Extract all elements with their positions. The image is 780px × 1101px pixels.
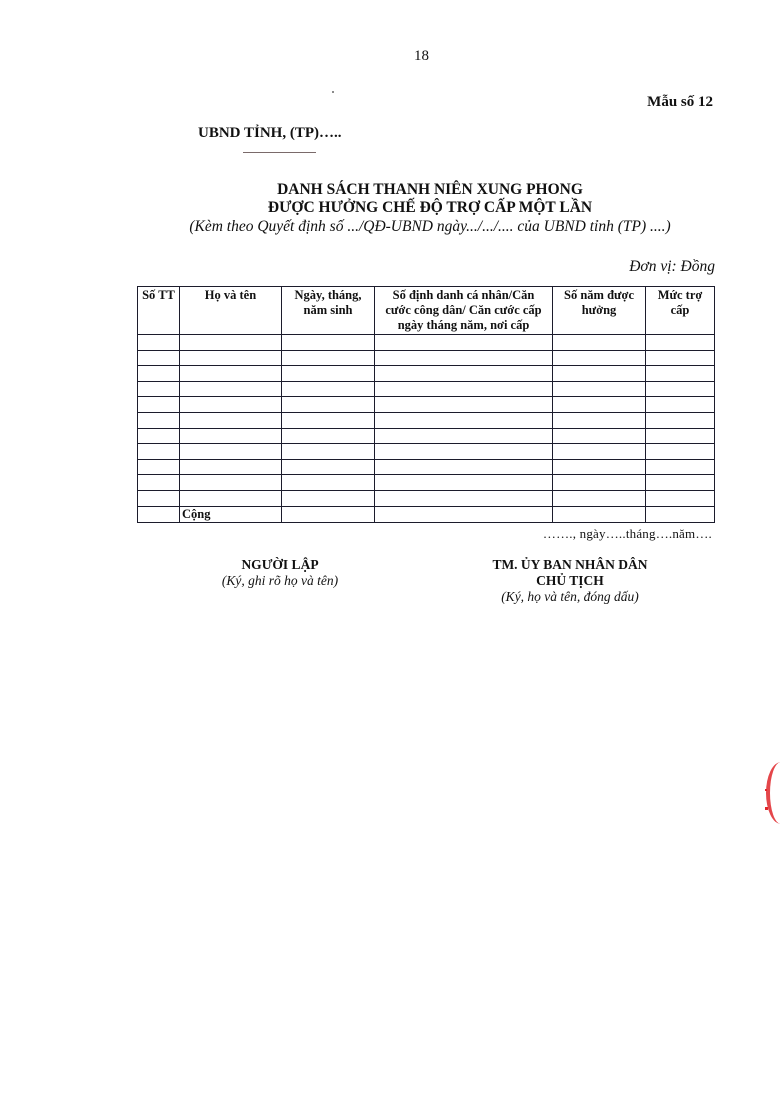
stamp-speck — [765, 789, 767, 791]
table-row — [138, 397, 715, 413]
table-row — [138, 335, 715, 351]
table-cell — [282, 335, 375, 351]
red-stamp-fragment — [766, 762, 780, 824]
table-cell — [646, 506, 715, 522]
total-label: Cộng — [180, 506, 282, 522]
table-cell — [282, 381, 375, 397]
table-row — [138, 412, 715, 428]
table-cell — [180, 335, 282, 351]
table-cell — [375, 459, 553, 475]
table-row — [138, 459, 715, 475]
table-cell — [282, 428, 375, 444]
table-cell — [646, 490, 715, 506]
table-cell — [282, 350, 375, 366]
table-cell — [180, 475, 282, 491]
table-cell — [180, 428, 282, 444]
scan-speck — [332, 91, 334, 93]
table-cell — [375, 428, 553, 444]
header-allowance: Mức trợ cấp — [646, 287, 715, 335]
form-code: Mẫu số 12 — [647, 94, 713, 111]
table-cell — [375, 335, 553, 351]
table-cell — [646, 459, 715, 475]
table-cell — [375, 444, 553, 460]
table-cell — [138, 475, 180, 491]
date-line: ……., ngày…..tháng….năm…. — [543, 526, 712, 542]
preparer-note: (Ký, ghi rõ họ và tên) — [180, 573, 380, 589]
table-cell — [375, 490, 553, 506]
header-years: Số năm được hưởng — [553, 287, 646, 335]
table-cell — [138, 459, 180, 475]
table-cell — [138, 350, 180, 366]
table-cell — [646, 475, 715, 491]
table-cell — [180, 397, 282, 413]
chairman-title: CHỦ TỊCH — [460, 573, 680, 589]
table-cell — [282, 459, 375, 475]
table-cell — [553, 475, 646, 491]
table-cell — [138, 366, 180, 382]
header-full-name: Họ và tên — [180, 287, 282, 335]
table-row — [138, 444, 715, 460]
table-cell — [375, 412, 553, 428]
header-birth-date: Ngày, tháng, năm sinh — [282, 287, 375, 335]
table-row — [138, 381, 715, 397]
table-row — [138, 350, 715, 366]
table-cell — [282, 506, 375, 522]
title-line-1: DANH SÁCH THANH NIÊN XUNG PHONG — [120, 181, 740, 199]
table-cell — [282, 475, 375, 491]
table-cell — [646, 397, 715, 413]
table-cell — [553, 412, 646, 428]
table-cell — [138, 506, 180, 522]
table-cell — [138, 428, 180, 444]
table-cell — [646, 428, 715, 444]
chairman-signature-block: TM. ỦY BAN NHÂN DÂN CHỦ TỊCH (Ký, họ và … — [460, 557, 680, 605]
table-cell — [282, 397, 375, 413]
header-id-number: Số định danh cá nhân/Căn cước công dân/ … — [375, 287, 553, 335]
preparer-title: NGƯỜI LẬP — [180, 557, 380, 573]
table-cell — [553, 428, 646, 444]
chairman-note: (Ký, họ và tên, đóng dấu) — [460, 589, 680, 605]
table-cell — [553, 490, 646, 506]
table-cell — [375, 506, 553, 522]
table-cell — [180, 459, 282, 475]
table-cell — [553, 506, 646, 522]
stamp-speck — [765, 807, 768, 810]
table-cell — [282, 412, 375, 428]
table-cell — [375, 350, 553, 366]
table-cell — [646, 350, 715, 366]
table-cell — [553, 459, 646, 475]
table-cell — [180, 412, 282, 428]
table-cell — [282, 490, 375, 506]
table-row — [138, 366, 715, 382]
table-cell — [646, 335, 715, 351]
title-subtitle: (Kèm theo Quyết định số .../QĐ-UBND ngày… — [120, 217, 740, 236]
table-cell — [282, 366, 375, 382]
title-line-2: ĐƯỢC HƯỞNG CHẾ ĐỘ TRỢ CẤP MỘT LẦN — [120, 199, 740, 217]
page-number: 18 — [0, 48, 780, 65]
issuing-authority: UBND TỈNH, (TP)….. — [198, 125, 341, 142]
table-cell — [138, 412, 180, 428]
table-cell — [553, 397, 646, 413]
table-cell — [180, 490, 282, 506]
table-cell — [282, 444, 375, 460]
table-cell — [553, 444, 646, 460]
table-cell — [553, 350, 646, 366]
table-cell — [375, 475, 553, 491]
preparer-signature-block: NGƯỜI LẬP (Ký, ghi rõ họ và tên) — [180, 557, 380, 589]
authority-underline — [243, 152, 316, 153]
header-no: Số TT — [138, 287, 180, 335]
document-title: DANH SÁCH THANH NIÊN XUNG PHONG ĐƯỢC HƯỞ… — [120, 181, 740, 236]
table-cell — [553, 381, 646, 397]
table-header-row: Số TT Họ và tên Ngày, tháng, năm sinh Số… — [138, 287, 715, 335]
table-cell — [375, 397, 553, 413]
beneficiary-table: Số TT Họ và tên Ngày, tháng, năm sinh Số… — [137, 286, 715, 523]
table-cell — [553, 366, 646, 382]
table-cell — [375, 366, 553, 382]
table-cell — [553, 335, 646, 351]
table-cell — [138, 490, 180, 506]
table-cell — [646, 412, 715, 428]
table-cell — [375, 381, 553, 397]
table-row — [138, 475, 715, 491]
table-cell — [138, 397, 180, 413]
table-cell — [180, 444, 282, 460]
table-cell — [180, 350, 282, 366]
table-cell — [646, 366, 715, 382]
table-cell — [180, 366, 282, 382]
committee-title: TM. ỦY BAN NHÂN DÂN — [460, 557, 680, 573]
table-cell — [646, 444, 715, 460]
table-cell — [138, 444, 180, 460]
table-cell — [138, 335, 180, 351]
currency-unit: Đơn vị: Đồng — [629, 258, 715, 276]
table-row — [138, 428, 715, 444]
table-cell — [180, 381, 282, 397]
table-cell — [138, 381, 180, 397]
total-row: Cộng — [138, 506, 715, 522]
table-cell — [646, 381, 715, 397]
table-row — [138, 490, 715, 506]
